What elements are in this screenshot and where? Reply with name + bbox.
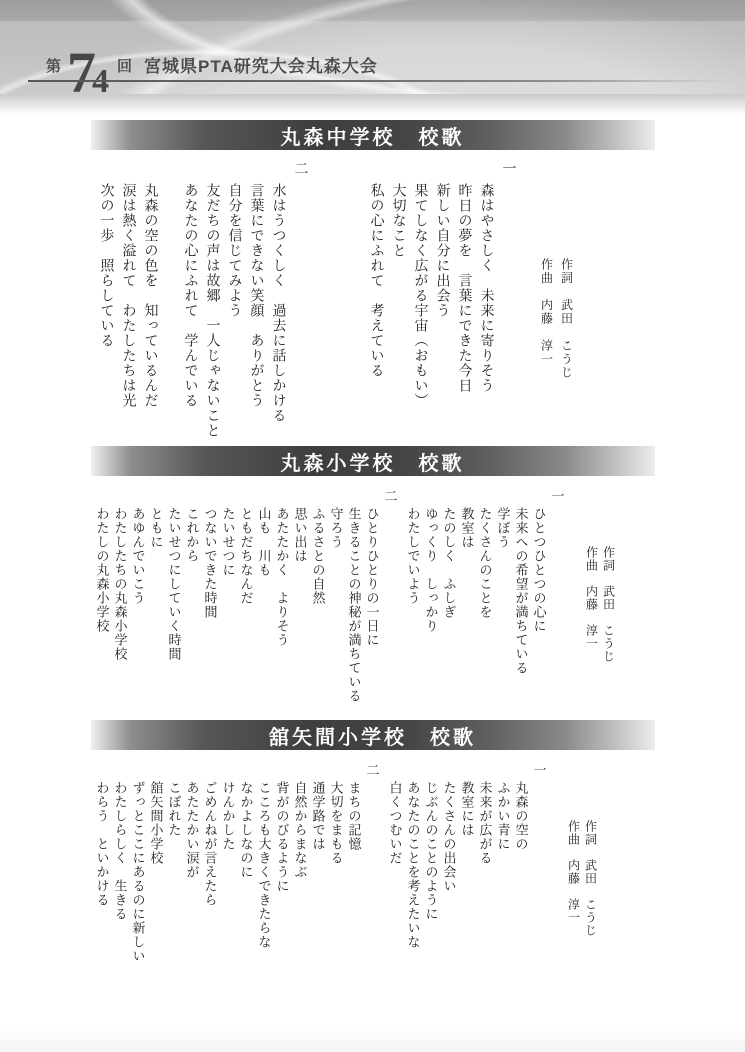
- credit-line: 作詞 武田 こうじ: [585, 758, 597, 972]
- banner-fade: [0, 94, 745, 114]
- lyric-line: 白くつむいだ: [389, 758, 402, 972]
- credit-line: 作曲 内藤 淳一: [541, 158, 553, 440]
- lyric-line: わたしらしく 生きる: [114, 758, 127, 972]
- song-title-bar: 丸森小学校 校歌: [91, 446, 655, 476]
- lyric-line: 丸森の空の色を 知っているんだ: [143, 158, 157, 440]
- lyric-line: 自分を信じてみよう: [227, 158, 241, 440]
- lyric-line: たいせつに: [222, 484, 235, 708]
- lyric-line: 果てしなく広がる宇宙（おもい）: [413, 158, 427, 440]
- song-section-marumori-junior-high: 丸森中学校 校歌 作詞 武田 こうじ作曲 内藤 淳一一森はやさしく 未来に寄りそ…: [91, 120, 655, 440]
- lyric-line: 通学路では: [312, 758, 325, 972]
- lyric-line: 昨日の夢を 言葉にできた今日: [457, 158, 471, 440]
- lyric-line: 友だちの声は故郷 一人じゃないこと: [205, 158, 219, 440]
- lyric-line: 水はうつくしく 過去に話しかける: [271, 158, 285, 440]
- credit-line: 作曲 内藤 淳一: [568, 758, 580, 972]
- credit-line: 作詞 武田 こうじ: [603, 484, 615, 708]
- lyric-line: あなたのことを考えたいな: [407, 758, 420, 972]
- verse-number: 二: [293, 158, 307, 440]
- lyric-line: ともに: [150, 484, 163, 708]
- verse-number: 二: [366, 758, 379, 972]
- conference-title: 宮城県PTA研究大会丸森大会: [144, 52, 378, 77]
- lyric-line: たくさんの出会い: [443, 758, 456, 972]
- edition-suffix: 回: [117, 55, 132, 76]
- verse-number: 一: [533, 758, 546, 972]
- song-title-bar: 丸森中学校 校歌: [91, 120, 655, 150]
- header-banner: 第 74 回 宮城県PTA研究大会丸森大会: [0, 0, 745, 94]
- lyric-line: 山も 川も: [258, 484, 271, 708]
- lyric-line: ずっとここにあるのに新しい: [132, 758, 145, 972]
- lyric-line: けんかした: [222, 758, 235, 972]
- page: 第 74 回 宮城県PTA研究大会丸森大会 丸森中学校 校歌 作詞 武田 こうじ…: [0, 0, 745, 1052]
- lyric-line: 自然からまなぶ: [294, 758, 307, 972]
- lyric-line: たのしく ふしぎ: [443, 484, 456, 708]
- lyric-line: ともだちなんだ: [240, 484, 253, 708]
- lyric-line: 未来への希望が満ちている: [515, 484, 528, 708]
- verse-number: 一: [501, 158, 515, 440]
- lyric-line: わらう といかける: [96, 758, 109, 972]
- lyric-line: ごめんねが言えたら: [204, 758, 217, 972]
- song-title: 丸森小学校 校歌: [281, 447, 465, 476]
- lyric-line: 大切をまもる: [330, 758, 343, 972]
- lyric-line: 教室には: [461, 758, 474, 972]
- lyric-line: あたたかく よりそう: [276, 484, 289, 708]
- songs-container: 丸森中学校 校歌 作詞 武田 こうじ作曲 内藤 淳一一森はやさしく 未来に寄りそ…: [91, 120, 655, 972]
- song-title: 丸森中学校 校歌: [281, 121, 465, 150]
- lyric-line: 守ろう: [330, 484, 343, 708]
- edition-prefix: 第: [46, 55, 61, 76]
- lyric-line: わたしでいよう: [407, 484, 420, 708]
- lyric-line: 生きることの神秘が満ちている: [348, 484, 361, 708]
- verse-number: 一: [551, 484, 564, 708]
- lyric-line: あたたかい涙が: [186, 758, 199, 972]
- lyric-line: まちの記憶: [348, 758, 361, 972]
- lyric-line: あなたの心にふれて 学んでいる: [183, 158, 197, 440]
- lyric-line: 涙は熱く溢れて わたしたちは光: [121, 158, 135, 440]
- lyric-line: 新しい自分に出会う: [435, 158, 449, 440]
- lyric-line: 丸森の空の: [515, 758, 528, 972]
- song-title-bar: 舘矢間小学校 校歌: [91, 720, 655, 750]
- credit-line: 作詞 武田 こうじ: [561, 158, 573, 440]
- edition-number: 74: [67, 51, 105, 95]
- lyric-line: 思い出は: [294, 484, 307, 708]
- song-lyrics: 作詞 武田 こうじ作曲 内藤 淳一一森はやさしく 未来に寄りそう昨日の夢を 言葉…: [91, 158, 591, 440]
- lyric-line: こぼれた: [168, 758, 181, 972]
- lyric-line: なかよしなのに: [240, 758, 253, 972]
- lyric-line: わたしの丸森小学校: [96, 484, 109, 708]
- bottom-fade: [0, 1022, 745, 1052]
- lyric-line: たくさんのことを: [479, 484, 492, 708]
- lyric-line: 学ぼう: [497, 484, 510, 708]
- song-title: 舘矢間小学校 校歌: [269, 721, 476, 750]
- lyric-line: あゆんでいこう: [132, 484, 145, 708]
- lyric-line: ふるさとの自然: [312, 484, 325, 708]
- lyric-line: 大切なこと: [391, 158, 405, 440]
- verse-number: 二: [384, 484, 397, 708]
- lyric-line: こころも大きくできたらな: [258, 758, 271, 972]
- edition-line: 第 74 回 宮城県PTA研究大会丸森大会: [46, 51, 378, 91]
- song-lyrics: 作詞 武田 こうじ作曲 内藤 淳一一丸森の空のふかい青に未来が広がる教室にはたく…: [91, 758, 615, 972]
- lyric-line: わたしたちの丸森小学校: [114, 484, 127, 708]
- lyric-line: ひとりひとりの一日に: [366, 484, 379, 708]
- lyric-line: 背がのびるように: [276, 758, 289, 972]
- song-lyrics: 作詞 武田 こうじ作曲 内藤 淳一一ひとつひとつの心に未来への希望が満ちている学…: [91, 484, 633, 708]
- lyric-line: 言葉にできない笑顔 ありがとう: [249, 158, 263, 440]
- lyric-line: 森はやさしく 未来に寄りそう: [479, 158, 493, 440]
- lyric-line: ひとつひとつの心に: [533, 484, 546, 708]
- lyric-line: これから: [186, 484, 199, 708]
- lyric-line: ゆっくり しっかり: [425, 484, 438, 708]
- lyric-line: 次の一歩 照らしている: [99, 158, 113, 440]
- lyric-line: 教室は: [461, 484, 474, 708]
- lyric-line: じぶんのことのように: [425, 758, 438, 972]
- lyric-line: つないできた時間: [204, 484, 217, 708]
- header-rule: [28, 80, 745, 82]
- song-section-tateyama-elementary: 舘矢間小学校 校歌 作詞 武田 こうじ作曲 内藤 淳一一丸森の空のふかい青に未来…: [91, 720, 655, 972]
- lyric-line: たいせつにしていく時間: [168, 484, 181, 708]
- lyric-line: 舘矢間小学校: [150, 758, 163, 972]
- song-section-marumori-elementary: 丸森小学校 校歌 作詞 武田 こうじ作曲 内藤 淳一一ひとつひとつの心に未来への…: [91, 446, 655, 708]
- lyric-line: 未来が広がる: [479, 758, 492, 972]
- lyric-line: ふかい青に: [497, 758, 510, 972]
- lyric-line: 私の心にふれて 考えている: [369, 158, 383, 440]
- credit-line: 作曲 内藤 淳一: [586, 484, 598, 708]
